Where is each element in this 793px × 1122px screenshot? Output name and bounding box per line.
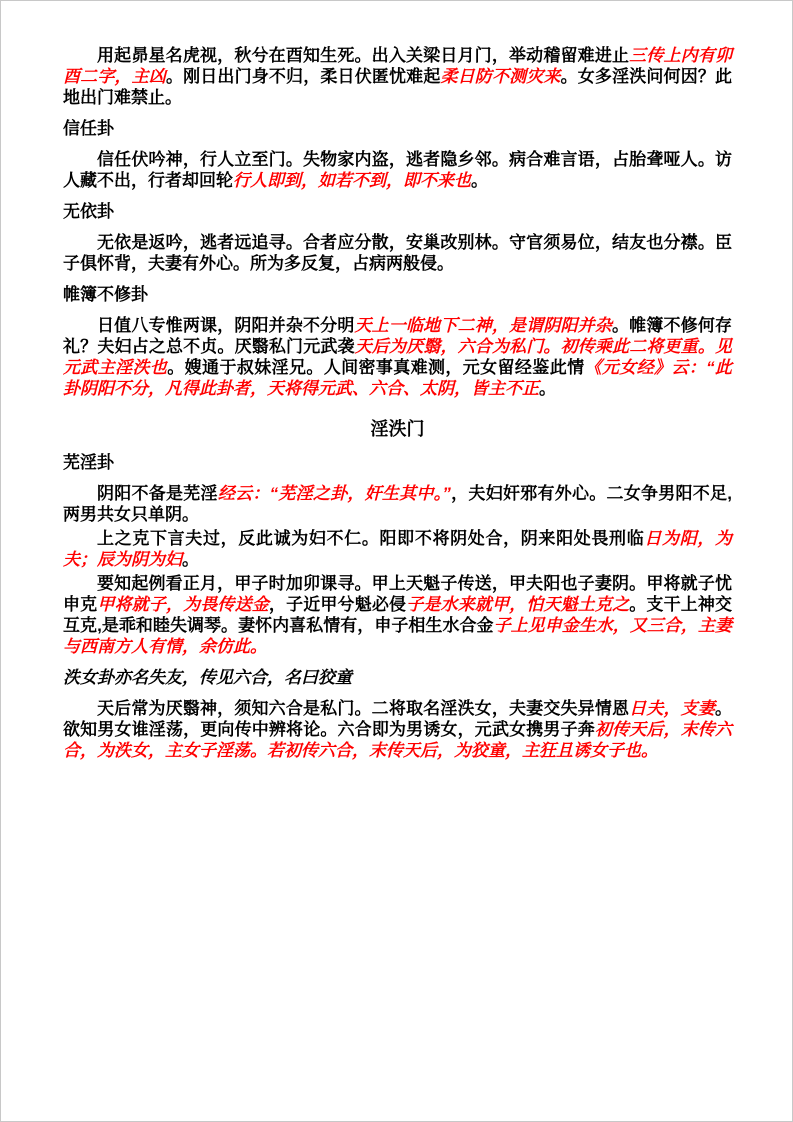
text-run-black: 用起昴星名虎视，秋兮在酉知生死。出入关梁日月门，举动稽留难进止 (97, 46, 629, 65)
text-run-black: 。嫂通于叔妹淫兄。人间密事真难测，元女留经鉴此情 (167, 358, 584, 377)
text-run-red: 子是水来就甲，怕天魁土克之 (406, 595, 629, 614)
text-run-red: 行人即到，如若不到，即不来也 (233, 171, 471, 190)
text-run-black: 。 (182, 550, 199, 569)
document-page: 用起昴星名虎视，秋兮在酉知生死。出入关梁日月门，举动稽留难进止三传上内有卯酉二字… (0, 0, 793, 1122)
text-run-red: 柔日防不测灾来 (440, 67, 560, 86)
text-run-black: 无依卦 (63, 202, 114, 221)
paragraph: 日值八专惟两课，阴阳并杂不分明天上一临地下二神，是谓阴阳并杂。帷簿不修何存礼？夫… (63, 315, 732, 399)
text-run-black: 。刚日出门身不归，柔日伏匿忧难起 (166, 67, 441, 86)
text-run-black: 泆女卦亦名失友，传见六合，名曰狡童 (63, 668, 352, 687)
paragraph: 信任伏吟神，行人立至门。失物家内盗，逃者隐乡邻。病合难言语，占胎聋哑人。访人藏不… (63, 149, 732, 191)
text-run-black: 上之克下言夫过，反此诚为妇不仁。阳即不将阴处合，阴来阳处畏刑临 (97, 529, 644, 548)
paragraph: 上之克下言夫过，反此诚为妇不仁。阳即不将阴处合，阴来阳处畏刑临日为阳，为夫；辰为… (63, 528, 732, 570)
text-run-red: 经云：“芜淫之卦，奸生其中。” (218, 484, 451, 503)
paragraph: 要知起例看正月，甲子时加卯课寻。甲上天魁子传送，甲夫阳也子妻阴。甲将就子忧申克甲… (63, 573, 732, 657)
paragraph: 无依是返吟，逃者远追寻。合者应分散，安巢改别林。守官须易位，结友也分襟。臣子俱怀… (63, 232, 732, 274)
text-run-red: 日夫，支妻 (629, 699, 715, 718)
section-heading: 无依卦 (63, 201, 732, 222)
section-heading: 帷簿不修卦 (63, 284, 732, 305)
paragraph: 阴阳不备是芜淫经云：“芜淫之卦，奸生其中。”，夫妇奸邪有外心。二女争男阳不足,两… (63, 483, 732, 525)
text-run-black: 芜淫卦 (63, 453, 114, 472)
text-run-black: 无依是返吟，逃者远追寻。合者应分散，安巢改别林。守官须易位，结友也分襟。臣子俱怀… (63, 233, 732, 273)
text-run-black: 。 (539, 379, 556, 398)
section-heading: 芜淫卦 (63, 452, 732, 473)
text-run-red: 甲将就子，为畏传送金 (97, 595, 269, 614)
text-run-red: 天上一临地下二神，是谓阴阳并杂 (355, 316, 613, 335)
document-content: 用起昴星名虎视，秋兮在酉知生死。出入关梁日月门，举动稽留难进止三传上内有卯酉二字… (63, 45, 732, 761)
text-run-black: 帷簿不修卦 (63, 285, 148, 304)
text-run-black: 日值八专惟两课，阴阳并杂不分明 (97, 316, 355, 335)
page-title: 淫泆门 (63, 419, 732, 440)
paragraph: 天后常为厌翳神，须知六合是私门。二将取名淫泆女，夫妻交失异情恩日夫，支妻。欲知男… (63, 698, 732, 761)
text-run-black: 。 (471, 171, 488, 190)
text-run-black: 阴阳不备是芜淫 (97, 484, 218, 503)
text-run-black: 淫泆门 (371, 419, 425, 439)
section-heading: 信任卦 (63, 118, 732, 139)
text-run-black: 天后常为厌翳神，须知六合是私门。二将取名淫泆女，夫妻交失异情恩 (97, 699, 629, 718)
text-run-black: 信任卦 (63, 119, 114, 138)
paragraph: 用起昴星名虎视，秋兮在酉知生死。出入关梁日月门，举动稽留难进止三传上内有卯酉二字… (63, 45, 732, 108)
subsection-heading: 泆女卦亦名失友，传见六合，名曰狡童 (63, 667, 732, 688)
text-run-black: ，子近甲兮魁必侵 (269, 595, 406, 614)
